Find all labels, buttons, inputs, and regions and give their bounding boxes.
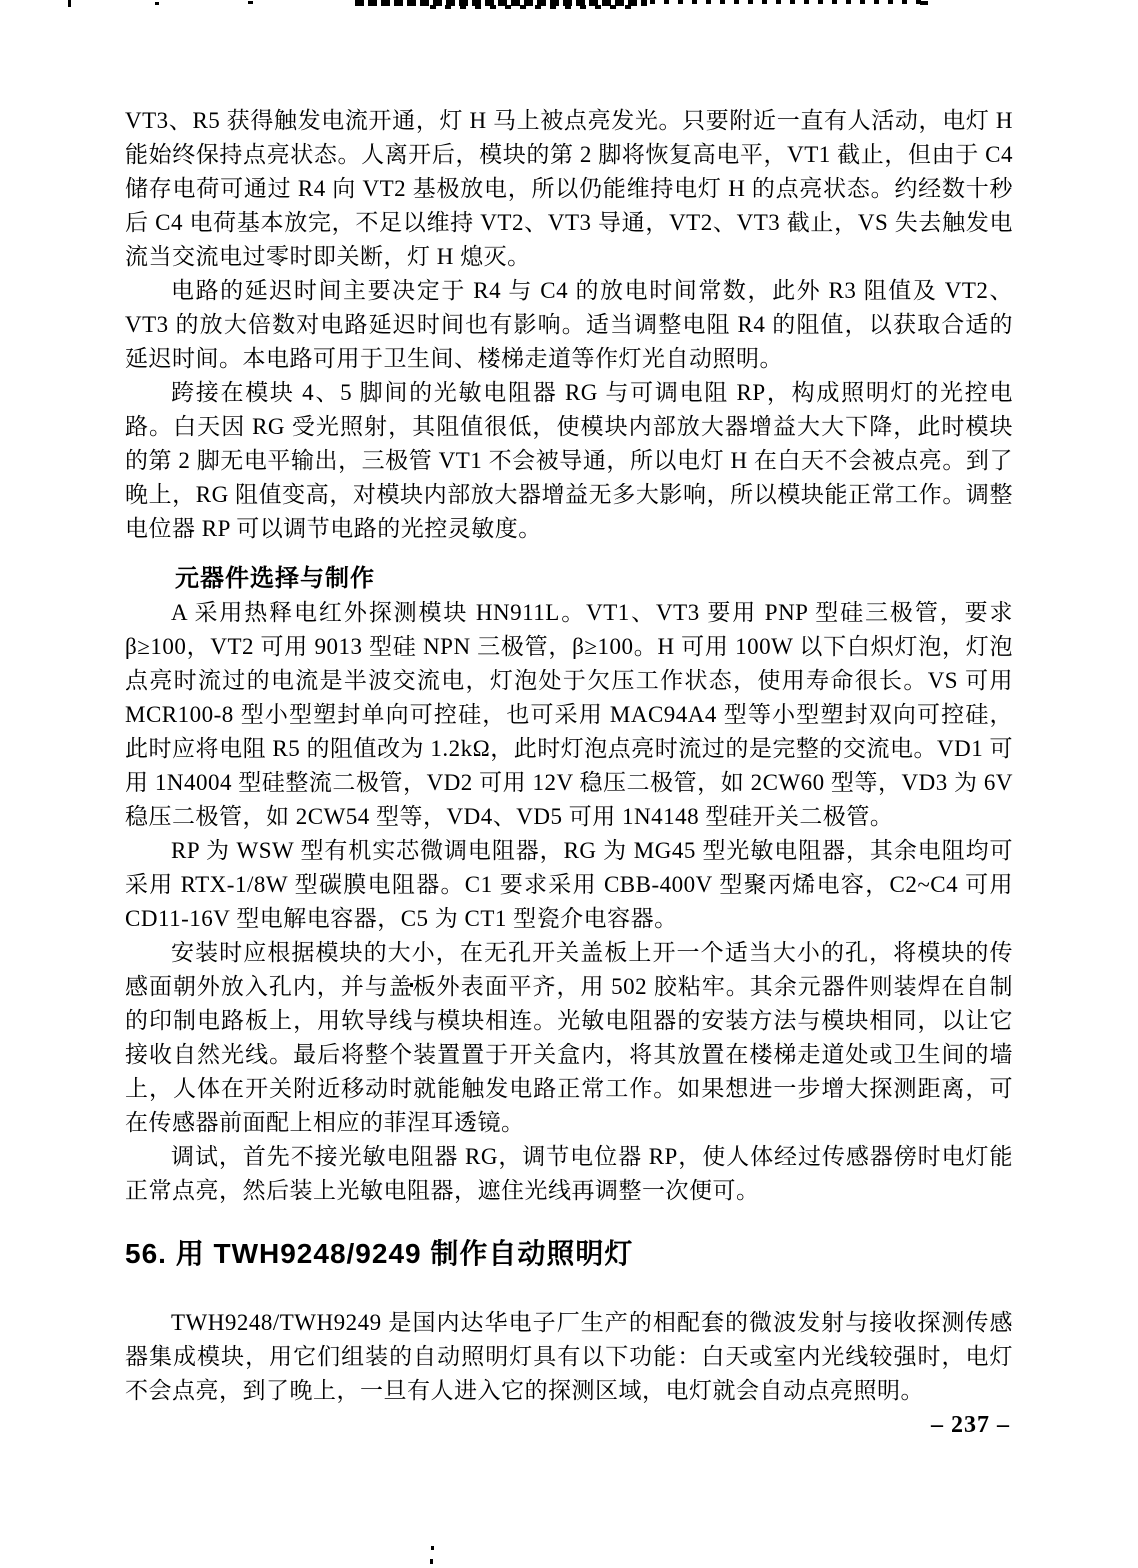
page-number: – 237 – bbox=[931, 1412, 1010, 1439]
paragraph-delay-time: 电路的延迟时间主要决定于 R4 与 C4 的放电时间常数，此外 R3 阻值及 V… bbox=[125, 274, 1013, 376]
paragraph-continuation: VT3、R5 获得触发电流开通，灯 H 马上被点亮发光。只要附近一直有人活动，电… bbox=[125, 104, 1013, 274]
scanned-book-page: VT3、R5 获得触发电流开通，灯 H 马上被点亮发光。只要附近一直有人活动，电… bbox=[0, 0, 1138, 1568]
paragraph-installation: 安装时应根据模块的大小，在无孔开关盖板上开一个适当大小的孔，将模块的传感面朝外放… bbox=[125, 936, 1013, 1140]
scan-noise-strip bbox=[650, 0, 930, 4]
paragraph-component-selection: A 采用热释电红外探测模块 HN911L。VT1、VT3 要用 PNP 型硅三极… bbox=[125, 596, 1013, 834]
paragraph-twh9248-intro: TWH9248/TWH9249 是国内达华电子厂生产的相配套的微波发射与接收探测… bbox=[125, 1306, 1013, 1408]
chapter-heading-56: 56. 用 TWH9248/9249 制作自动照明灯 bbox=[125, 1234, 1013, 1274]
scan-noise-strip bbox=[430, 5, 640, 9]
scan-speck bbox=[248, 1, 253, 4]
scan-speck bbox=[920, 1, 928, 5]
paragraph-debugging: 调试，首先不接光敏电阻器 RG，调节电位器 RP，使人体经过传感器傍时电灯能正常… bbox=[125, 1140, 1013, 1208]
paragraph-light-control: 跨接在模块 4、5 脚间的光敏电阻器 RG 与可调电阻 RP，构成照明灯的光控电… bbox=[125, 376, 1013, 546]
scan-speck bbox=[431, 1546, 434, 1550]
section-heading-components: 元器件选择与制作 bbox=[125, 562, 1013, 596]
scan-speck bbox=[155, 2, 159, 5]
scan-speck bbox=[430, 1559, 433, 1564]
paragraph-resistor-capacitor-types: RP 为 WSW 型有机实芯微调电阻器，RG 为 MG45 型光敏电阻器，其余电… bbox=[125, 834, 1013, 936]
scan-speck bbox=[68, 0, 71, 7]
page-content: VT3、R5 获得触发电流开通，灯 H 马上被点亮发光。只要附近一直有人活动，电… bbox=[125, 104, 1013, 1408]
